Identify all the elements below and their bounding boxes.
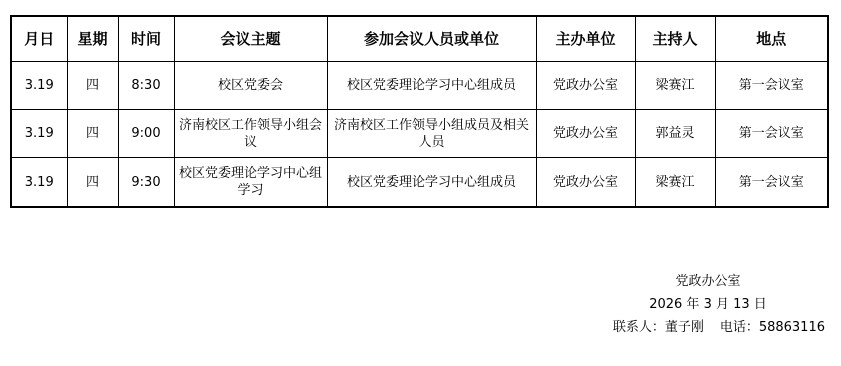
cell-organizer: 党政办公室 bbox=[536, 62, 635, 110]
cell-host: 梁赛江 bbox=[635, 158, 715, 208]
cell-topic: 济南校区工作领导小组会议 bbox=[174, 110, 327, 158]
header-topic: 会议主题 bbox=[174, 16, 327, 62]
footer-contact: 联系人：董子刚电话：58863116 bbox=[593, 316, 825, 339]
cell-date: 3.19 bbox=[11, 62, 67, 110]
table-header-row: 月日 星期 时间 会议主题 参加会议人员或单位 主办单位 主持人 地点 bbox=[11, 16, 828, 62]
cell-organizer: 党政办公室 bbox=[536, 158, 635, 208]
cell-attendees: 校区党委理论学习中心组成员 bbox=[327, 158, 536, 208]
table-row: 3.19 四 8:30 校区党委会 校区党委理论学习中心组成员 党政办公室 梁赛… bbox=[11, 62, 828, 110]
contact-person: 联系人：董子刚 bbox=[613, 320, 704, 335]
footer-office: 党政办公室 bbox=[593, 270, 823, 293]
cell-date: 3.19 bbox=[11, 110, 67, 158]
cell-date: 3.19 bbox=[11, 158, 67, 208]
header-organizer: 主办单位 bbox=[536, 16, 635, 62]
cell-attendees: 济南校区工作领导小组成员及相关人员 bbox=[327, 110, 536, 158]
contact-phone: 电话：58863116 bbox=[720, 320, 825, 335]
header-location: 地点 bbox=[715, 16, 828, 62]
cell-location: 第一会议室 bbox=[715, 110, 828, 158]
header-date: 月日 bbox=[11, 16, 67, 62]
table-row: 3.19 四 9:30 校区党委理论学习中心组学习 校区党委理论学习中心组成员 … bbox=[11, 158, 828, 208]
header-attendees: 参加会议人员或单位 bbox=[327, 16, 536, 62]
cell-organizer: 党政办公室 bbox=[536, 110, 635, 158]
cell-weekday: 四 bbox=[67, 110, 118, 158]
meeting-schedule-table: 月日 星期 时间 会议主题 参加会议人员或单位 主办单位 主持人 地点 3.19… bbox=[10, 15, 829, 208]
cell-host: 梁赛江 bbox=[635, 62, 715, 110]
table-row: 3.19 四 9:00 济南校区工作领导小组会议 济南校区工作领导小组成员及相关… bbox=[11, 110, 828, 158]
cell-topic: 校区党委会 bbox=[174, 62, 327, 110]
cell-host: 郭益灵 bbox=[635, 110, 715, 158]
cell-weekday: 四 bbox=[67, 62, 118, 110]
cell-time: 9:00 bbox=[118, 110, 174, 158]
footer-signature: 党政办公室 2026 年 3 月 13 日 联系人：董子刚电话：58863116 bbox=[593, 270, 823, 339]
cell-weekday: 四 bbox=[67, 158, 118, 208]
cell-location: 第一会议室 bbox=[715, 158, 828, 208]
header-weekday: 星期 bbox=[67, 16, 118, 62]
header-host: 主持人 bbox=[635, 16, 715, 62]
footer-date: 2026 年 3 月 13 日 bbox=[593, 293, 823, 316]
cell-time: 8:30 bbox=[118, 62, 174, 110]
cell-time: 9:30 bbox=[118, 158, 174, 208]
cell-attendees: 校区党委理论学习中心组成员 bbox=[327, 62, 536, 110]
cell-location: 第一会议室 bbox=[715, 62, 828, 110]
cell-topic: 校区党委理论学习中心组学习 bbox=[174, 158, 327, 208]
header-time: 时间 bbox=[118, 16, 174, 62]
